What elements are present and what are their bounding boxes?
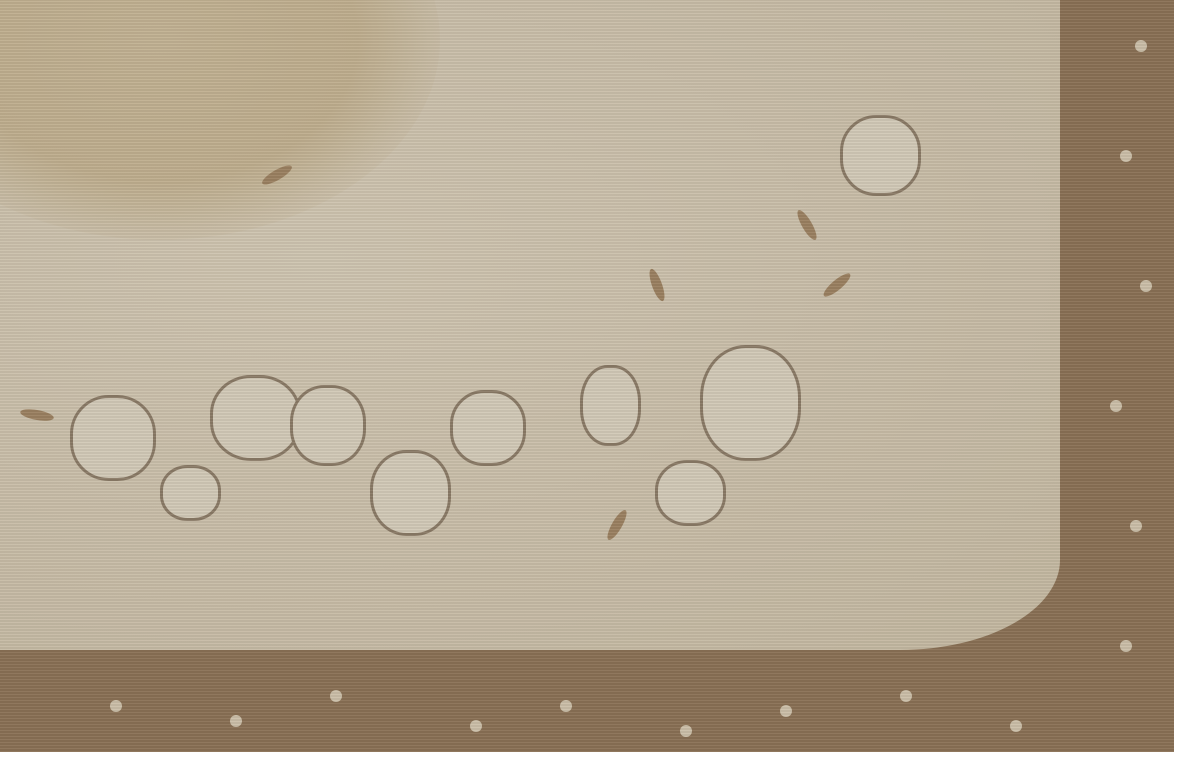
border-dot	[560, 700, 572, 712]
border-dot	[1130, 520, 1142, 532]
border-dot	[900, 690, 912, 702]
flower-motif	[580, 365, 641, 446]
leaf-motif	[646, 267, 667, 302]
rug-medallion	[0, 0, 440, 240]
flower-motif	[370, 450, 451, 536]
border-dot	[230, 715, 242, 727]
flower-motif	[700, 345, 801, 461]
flower-motif	[450, 390, 526, 466]
border-dot	[110, 700, 122, 712]
flower-motif	[70, 395, 156, 481]
leaf-motif	[19, 407, 54, 423]
flower-motif	[290, 385, 366, 466]
border-dot	[1120, 640, 1132, 652]
border-dot	[1140, 280, 1152, 292]
border-dot	[1010, 720, 1022, 732]
flower-motif	[655, 460, 726, 526]
border-dot	[1135, 40, 1147, 52]
rug-photo	[0, 0, 1200, 780]
leaf-motif	[794, 208, 820, 242]
border-dot	[680, 725, 692, 737]
flower-motif	[840, 115, 921, 196]
flower-motif	[210, 375, 301, 461]
rug	[0, 0, 1174, 752]
rug-field	[0, 0, 1060, 650]
border-dot	[470, 720, 482, 732]
flower-motif	[160, 465, 221, 521]
leaf-motif	[821, 270, 853, 300]
border-dot	[1120, 150, 1132, 162]
border-dot	[780, 705, 792, 717]
border-dot	[1110, 400, 1122, 412]
border-dot	[330, 690, 342, 702]
leaf-motif	[604, 508, 630, 542]
